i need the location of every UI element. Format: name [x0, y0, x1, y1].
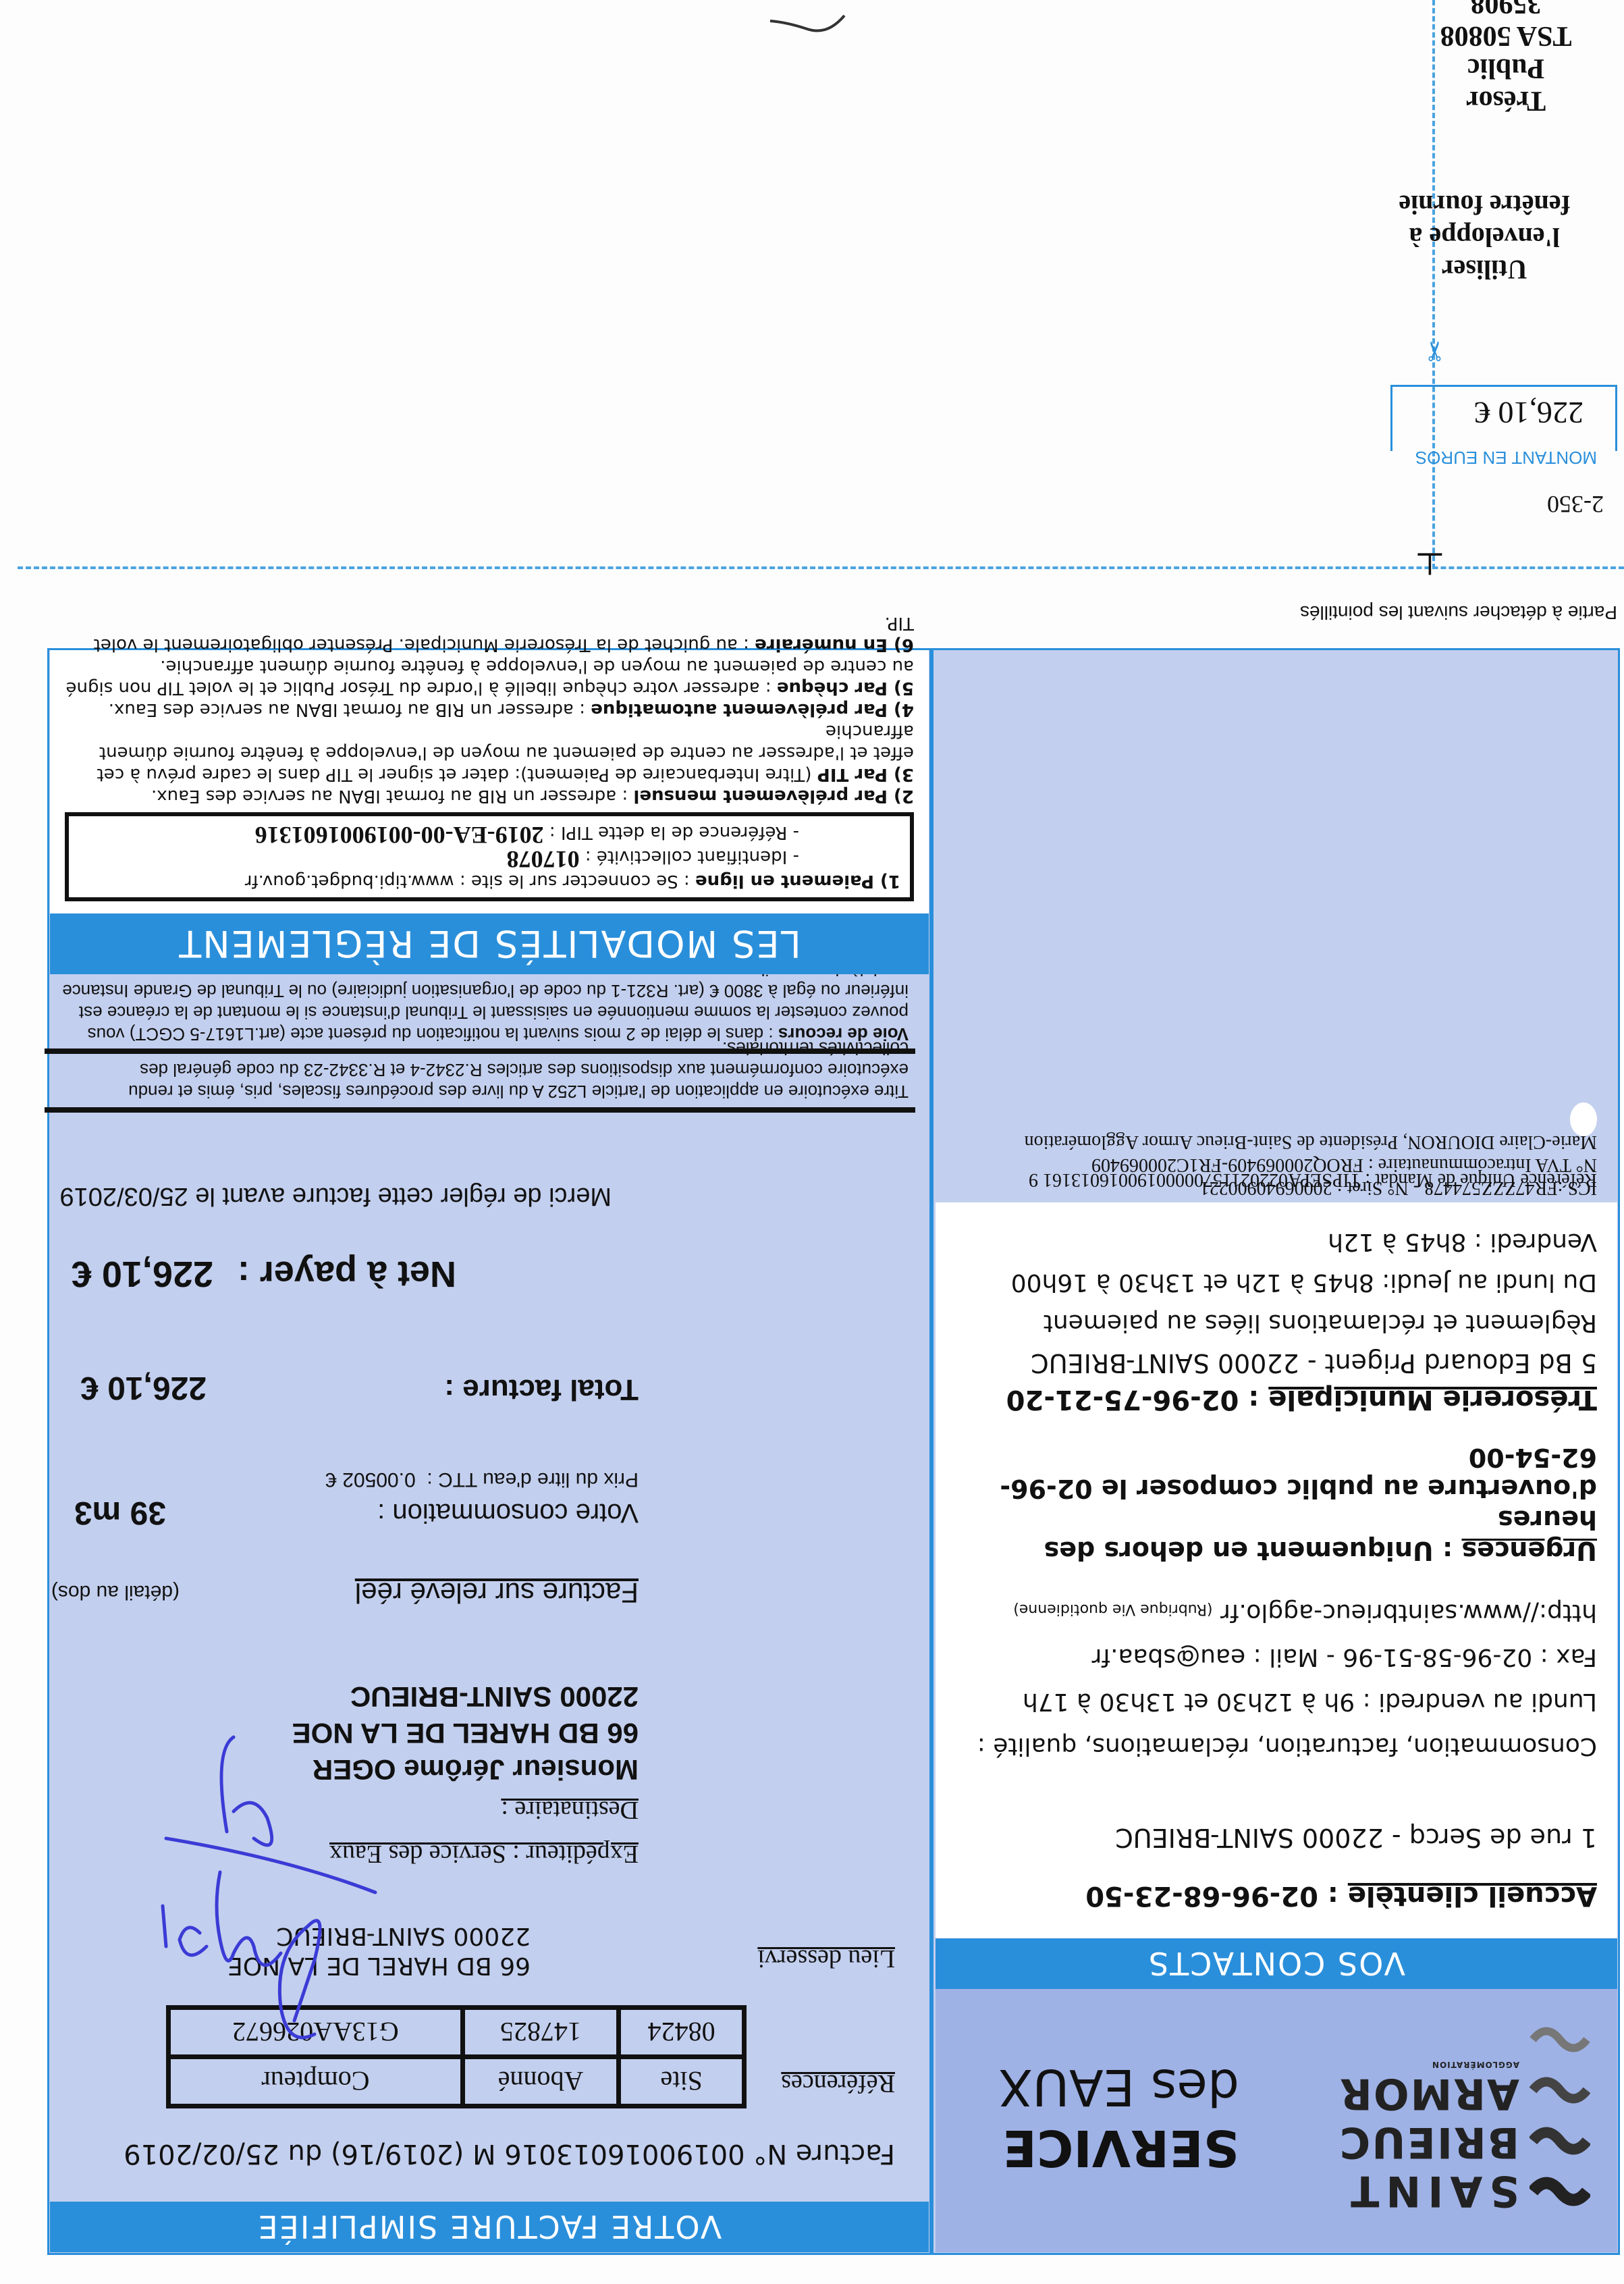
references-header-row: SiteAbonnéCompteur — [169, 2057, 745, 2106]
accueil-phone: 02-96-68-23-50 — [1085, 1880, 1318, 1911]
net-value: 226,10 € — [72, 1253, 213, 1295]
amount-value: 226,10 € — [1475, 395, 1584, 431]
legal-rule-top — [45, 1107, 915, 1113]
voie-label: Voie de recours — [778, 1024, 909, 1044]
envelope-note-1: Utiliser — [1399, 253, 1570, 286]
destinataire-label: Destinataire : — [501, 1795, 639, 1825]
invoice-date: 25/02/2019 — [124, 2138, 279, 2169]
contacts-header-band: VOS CONTACTS — [936, 1938, 1617, 1989]
tresorerie-address: 5 Bd Edouard Prigent - 22000 SAINT-BRIEU… — [956, 1348, 1597, 1379]
invoice-number-label: Facture N° — [753, 2138, 895, 2169]
invoice-number: 00190016013016 M (2019/16) — [331, 2138, 745, 2169]
website-note: (Rubrique Vie quotidienne) — [1013, 1601, 1212, 1618]
payment-header-band: LES MODALITÉS DE RÈGLEMENT — [50, 913, 929, 974]
tip-text: (Titre Interbancaire de Paiement): dater… — [97, 721, 914, 785]
detail-note: (détail au dos) — [51, 1581, 180, 1603]
urgences-label: Urgences — [1461, 1536, 1597, 1566]
dette-label: - Référence de la dette TIPI : — [549, 822, 799, 843]
service-title: SERVICE — [998, 2117, 1239, 2178]
titre-executoire: Titre exécutoire en application de l'art… — [51, 1038, 909, 1103]
tip-label: 3) Par TIP — [817, 764, 914, 785]
auto-label: 4) Par prélèvement automatique — [591, 699, 914, 720]
accueil-address: 1 rue de Sercq - 22000 SAINT-BRIEUC — [956, 1822, 1597, 1853]
collectivite-value: 017078 — [507, 846, 580, 873]
due-date-note: Merci de régler cette facture avant le 2… — [60, 1181, 612, 1211]
net-label: Net à payer : — [238, 1253, 456, 1295]
auto-text: : adresser un RIB au format IBAN au serv… — [109, 699, 591, 720]
contacts-title: VOS CONTACTS — [1147, 1946, 1405, 1982]
corner-mark: ┴ — [1418, 542, 1442, 569]
price-line: Prix du litre d'eau TTC : 0.00502 € — [325, 1468, 639, 1491]
consumption-value: 39 m3 — [74, 1494, 166, 1531]
tresor-line-3: 35908 Rennes — [1428, 0, 1584, 20]
collectivite-label: - Identifiant collectivité : — [585, 847, 799, 867]
accueil-label: Accueil clientèle — [1348, 1880, 1597, 1911]
dette-value: 2019-EA-00-0019001601316 — [255, 822, 544, 849]
invoice-number-line: Facture N° 00190016013016 M (2019/16) du… — [124, 2138, 895, 2169]
references-value-abonné: 147825 — [462, 2008, 618, 2057]
fax-mail: Fax : 02-96-58-51-96 - Mail : eau@sbaa.f… — [956, 1641, 1597, 1672]
invoice-header-band: VOTRE FACTURE SIMPLIFIÉE — [50, 2202, 929, 2252]
envelope-note: Utiliser l'enveloppe à fenêtre fournie — [1399, 188, 1570, 286]
logo-armor: ARMOR — [1338, 2069, 1519, 2118]
envelope-note-2: l'enveloppe à — [1399, 221, 1570, 253]
logo-saint: SAINT — [1338, 2167, 1519, 2215]
handwritten-paid-note — [105, 1710, 389, 2061]
references-header-site: Site — [619, 2057, 745, 2106]
scissors-icon: ✂ — [1420, 340, 1451, 363]
contacts-body: Accueil clientèle : 02-96-68-23-50 1 rue… — [936, 1202, 1617, 1938]
total-label: Total facture : — [444, 1373, 639, 1406]
hours: Lundi au vendredi : 9h à 12h30 et 13h30 … — [956, 1686, 1597, 1717]
invoice-date-prefix: du — [288, 2138, 323, 2169]
president-line: Marie-Claire DIOURON, Présidente de Sain… — [956, 1130, 1597, 1153]
mensuel-label: 2) Par prélèvement mensuel — [634, 786, 914, 806]
reglement-title: Règlement et réclamations liées au paiem… — [956, 1307, 1597, 1338]
tresorerie-label: Trésorerie Municipale — [1268, 1384, 1597, 1415]
service-subtitle: des EAUX — [998, 2056, 1239, 2117]
cheque-label: 5) Par chèque — [777, 678, 914, 698]
logo-brieuc: BRIEUC — [1338, 2118, 1519, 2167]
detach-line-horizontal[interactable] — [18, 566, 1624, 569]
price-value: 0.00502 € — [325, 1468, 415, 1491]
references-label: Références — [781, 2069, 895, 2098]
legal-rule-mid — [45, 1048, 915, 1054]
references-header-abonné: Abonné — [462, 2057, 618, 2106]
references-header-compteur: Compteur — [169, 2057, 463, 2106]
punch-hole — [1570, 1103, 1597, 1136]
envelope-note-3: fenêtre fournie — [1399, 188, 1570, 221]
lieu-label: Lieu desservi — [757, 1944, 895, 1973]
reglement-hours-2: Vendredi : 8h45 à 12h — [956, 1226, 1597, 1257]
invoice-section-title: VOTRE FACTURE SIMPLIFIÉE — [257, 2209, 722, 2246]
price-label: Prix du litre d'eau TTC : — [427, 1468, 639, 1491]
total-value: 226,10 € — [80, 1369, 207, 1406]
releve-label: Facture sur relevé réel — [355, 1577, 639, 1609]
scanned-water-bill: SAINT BRIEUC ARMOR AGGLOMÉRATION SERVICE… — [0, 0, 1624, 2284]
tresor-address: Trésor Public TSA 50808 35908 Rennes Ced… — [1428, 0, 1584, 117]
tresor-line-2: TSA 50808 — [1428, 20, 1584, 52]
payment-body: 1) Paiement en ligne : Se connecter sur … — [50, 650, 929, 913]
reglement-hours-1: Du lundi au Jeudi: 8h45 à 12h et 13h30 à… — [956, 1267, 1597, 1298]
stub-code: 2-350 — [1547, 490, 1604, 519]
consumption-label: Votre consommation : — [377, 1497, 639, 1528]
website-link[interactable]: http://www.saintbrieuc-agglo.fr — [1220, 1599, 1597, 1626]
online-text: : Se connecter sur le site : www.tipi.bu… — [245, 871, 695, 891]
detach-note: Partie à détacher suivant les pointillés — [1300, 602, 1617, 623]
pen-mark — [767, 9, 848, 36]
references-value-site: 08424 — [619, 2008, 745, 2057]
mensuel-text: : adresser un RIB au format IBAN au serv… — [151, 786, 634, 806]
recipient-city: 22000 SAINT-BRIEUC — [292, 1678, 639, 1715]
waves-logo-icon — [1530, 2016, 1590, 2212]
cash-label: 6) En numéraire — [755, 635, 914, 655]
logo-area: SAINT BRIEUC ARMOR AGGLOMÉRATION SERVICE… — [936, 1989, 1617, 2252]
topics: Consommation, facturation, réclamations,… — [956, 1730, 1597, 1761]
logo-agglo: AGGLOMÉRATION — [1338, 2060, 1519, 2069]
tresor-line-1: Trésor Public — [1428, 52, 1584, 117]
mandat-reference: Référence Unique de Mandat : TIPSEPA0220… — [1029, 1169, 1597, 1190]
tresorerie-phone: : 02-96-75-21-20 — [1006, 1384, 1269, 1415]
payment-title: LES MODALITÉS DE RÈGLEMENT — [178, 923, 801, 965]
mandat-text: Référence Unique de Mandat : TIPSEPA0220… — [1029, 1169, 1597, 1190]
releve-heading: Facture sur relevé réel — [355, 1576, 639, 1609]
urgences-phone: d'ouverture au public composer le 02-96-… — [956, 1442, 1597, 1504]
tipi-box: 1) Paiement en ligne : Se connecter sur … — [65, 812, 914, 901]
online-label: 1) Paiement en ligne — [695, 871, 900, 891]
